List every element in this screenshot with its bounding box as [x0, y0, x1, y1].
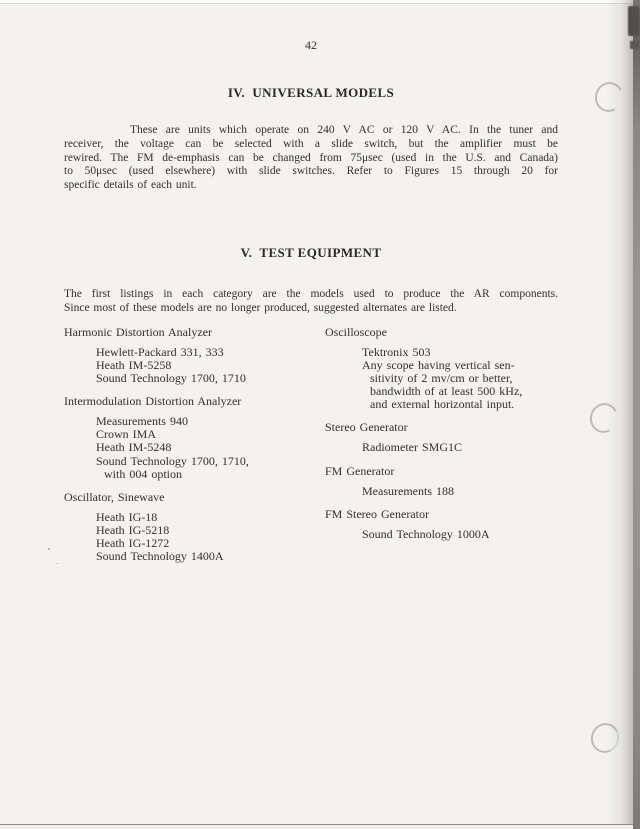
paper-speck [56, 563, 58, 564]
equipment-item-line: Measurements 188 [362, 485, 558, 498]
scan-top-edge [0, 0, 640, 4]
equipment-item-line: Heath IG-18 [96, 511, 325, 524]
paragraph-line: Since most of these models are no longer… [64, 302, 558, 316]
equipment-items: Measurements 940Crown IMAHeath IM-5248So… [64, 415, 325, 480]
scan-edge-notch [630, 41, 639, 49]
paragraph-line: specific details of each unit. [64, 179, 558, 193]
equipment-category-group: Intermodulation Distortion AnalyzerMeasu… [64, 395, 325, 480]
equipment-list-left-column: Harmonic Distortion AnalyzerHewlett-Pack… [64, 326, 325, 573]
equipment-category-group: Harmonic Distortion AnalyzerHewlett-Pack… [64, 326, 325, 385]
scan-edge-notch [628, 6, 639, 36]
equipment-category-label: Intermodulation Distortion Analyzer [64, 395, 325, 408]
equipment-category-label: Oscilloscope [325, 326, 558, 339]
scan-bottom-edge [0, 825, 640, 829]
paper-speck [48, 548, 50, 550]
page-number: 42 [64, 38, 558, 52]
equipment-category-group: FM GeneratorMeasurements 188 [325, 465, 558, 498]
paragraph-line: to 50μsec (used elsewhere) with slide sw… [64, 165, 558, 179]
equipment-items: Sound Technology 1000A [325, 528, 558, 541]
test-equipment-intro-paragraph: The first listings in each category are … [64, 288, 558, 316]
equipment-category-label: Oscillator, Sinewave [64, 491, 325, 504]
section-heading-universal-models: IV. UNIVERSAL MODELS [64, 85, 558, 100]
scan-right-edge-strip [633, 0, 640, 829]
equipment-category-group: Oscillator, SinewaveHeath IG-18Heath IG-… [64, 491, 325, 563]
equipment-items: Tektronix 503Any scope having vertical s… [325, 346, 558, 411]
paragraph-line: rewired. The FM de-emphasis can be chang… [64, 152, 558, 166]
equipment-item-line: Sound Technology 1700, 1710, [96, 455, 325, 468]
equipment-list-right-column: OscilloscopeTektronix 503Any scope havin… [325, 326, 558, 573]
equipment-item-line: Heath IG-5218 [96, 524, 325, 537]
equipment-items: Measurements 188 [325, 485, 558, 498]
equipment-item-line: Sound Technology 1400A [96, 550, 325, 563]
equipment-item-line: Heath IM-5248 [96, 441, 325, 454]
equipment-category-label: FM Stereo Generator [325, 508, 558, 521]
paragraph-line: The first listings in each category are … [64, 288, 558, 302]
equipment-listings: Harmonic Distortion AnalyzerHewlett-Pack… [64, 326, 558, 573]
universal-models-paragraph: These are units which operate on 240 V A… [64, 124, 558, 193]
equipment-items: Heath IG-18Heath IG-5218Heath IG-1272Sou… [64, 511, 325, 563]
equipment-item-line: Radiometer SMG1C [362, 441, 558, 454]
equipment-category-label: Harmonic Distortion Analyzer [64, 326, 325, 339]
equipment-category-group: Stereo GeneratorRadiometer SMG1C [325, 421, 558, 454]
equipment-category-group: OscilloscopeTektronix 503Any scope havin… [325, 326, 558, 411]
equipment-item-line: Sound Technology 1000A [362, 528, 558, 541]
equipment-item-line: and external horizontal input. [362, 398, 558, 411]
equipment-category-label: FM Generator [325, 465, 558, 478]
equipment-item-line: Sound Technology 1700, 1710 [96, 372, 325, 385]
section-heading-test-equipment: V. TEST EQUIPMENT [64, 245, 558, 260]
equipment-item-line: with 004 option [96, 468, 325, 481]
equipment-items: Hewlett-Packard 331, 333Heath IM-5258Sou… [64, 346, 325, 385]
paragraph-line: receiver, the voltage can be selected wi… [64, 138, 558, 152]
equipment-category-label: Stereo Generator [325, 421, 558, 434]
scanned-document-page: 42 IV. UNIVERSAL MODELS These are units … [0, 0, 640, 829]
equipment-items: Radiometer SMG1C [325, 441, 558, 454]
paragraph-line: These are units which operate on 240 V A… [64, 124, 558, 138]
equipment-category-group: FM Stereo GeneratorSound Technology 1000… [325, 508, 558, 541]
